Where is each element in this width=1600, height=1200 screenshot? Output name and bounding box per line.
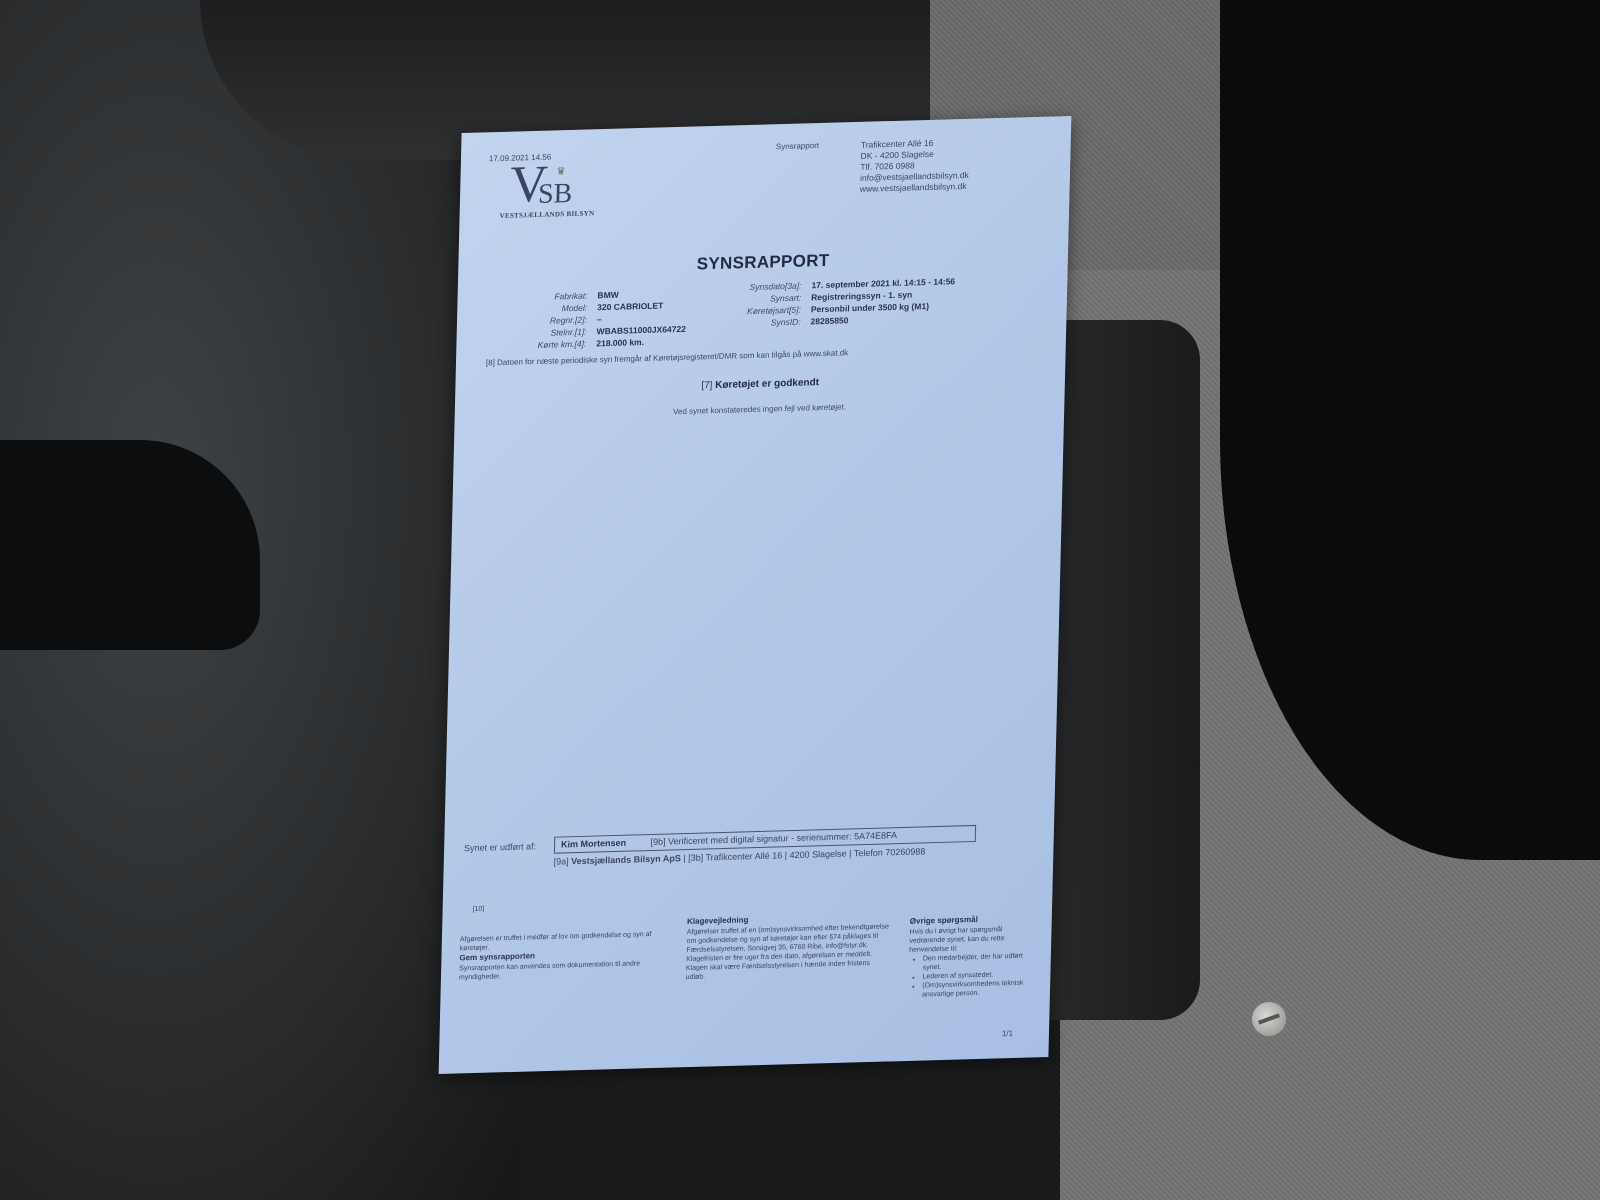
- ref-10: [10]: [472, 905, 484, 914]
- inspection-report-paper: 17.09.2021 14.56 Synsrapport Trafikcente…: [439, 116, 1072, 1074]
- footer-col-complaint: Klagevejledning Afgørelser truffet af en…: [686, 911, 893, 982]
- signature-label: Synet er udført af:: [464, 841, 536, 853]
- page-title: SYNSRAPPORT: [458, 244, 1068, 281]
- crown-icon: ♛: [556, 166, 565, 177]
- vehicle-fields: Fabrikat:BMW Model:320 CABRIOLET Regnr.[…: [496, 287, 687, 352]
- header-label: Synsrapport: [776, 141, 819, 151]
- company-website: www.vestsjaellandsbilsyn.dk: [860, 181, 969, 195]
- inspector-name: Kim Mortensen: [561, 838, 626, 850]
- result-detail: Ved synet konstateredes ingen fejl ved k…: [455, 396, 1065, 422]
- logo-name: VESTSJÆLLANDS BILSYN: [499, 209, 594, 220]
- list-item: (Om)synsvirksomhedens teknisk ansvarlige…: [922, 978, 1038, 999]
- footer-col-questions: Øvrige spørgsmål Hvis du i øvrigt har sp…: [908, 913, 1040, 1000]
- result-status: [7] Køretøjet er godkendt: [455, 370, 1065, 398]
- page-number: 1/1: [1002, 1029, 1013, 1038]
- screw-icon: [1252, 1002, 1286, 1036]
- next-inspection-note: [8] Datoen for næste periodiske syn frem…: [486, 348, 848, 367]
- inspection-fields: Synsdato[3a]:17. september 2021 kl. 14:1…: [727, 275, 956, 329]
- digital-signature: [9b] Verificeret med digital signatur - …: [650, 830, 897, 847]
- vsb-logo: V ♛ SB VESTSJÆLLANDS BILSYN: [499, 157, 610, 222]
- footer-col-legal: Afgørelsen er truffet i medfør af lov om…: [459, 930, 670, 983]
- shadow: [0, 440, 260, 650]
- company-address: Trafikcenter Allé 16 DK - 4200 Slagelse …: [860, 137, 970, 195]
